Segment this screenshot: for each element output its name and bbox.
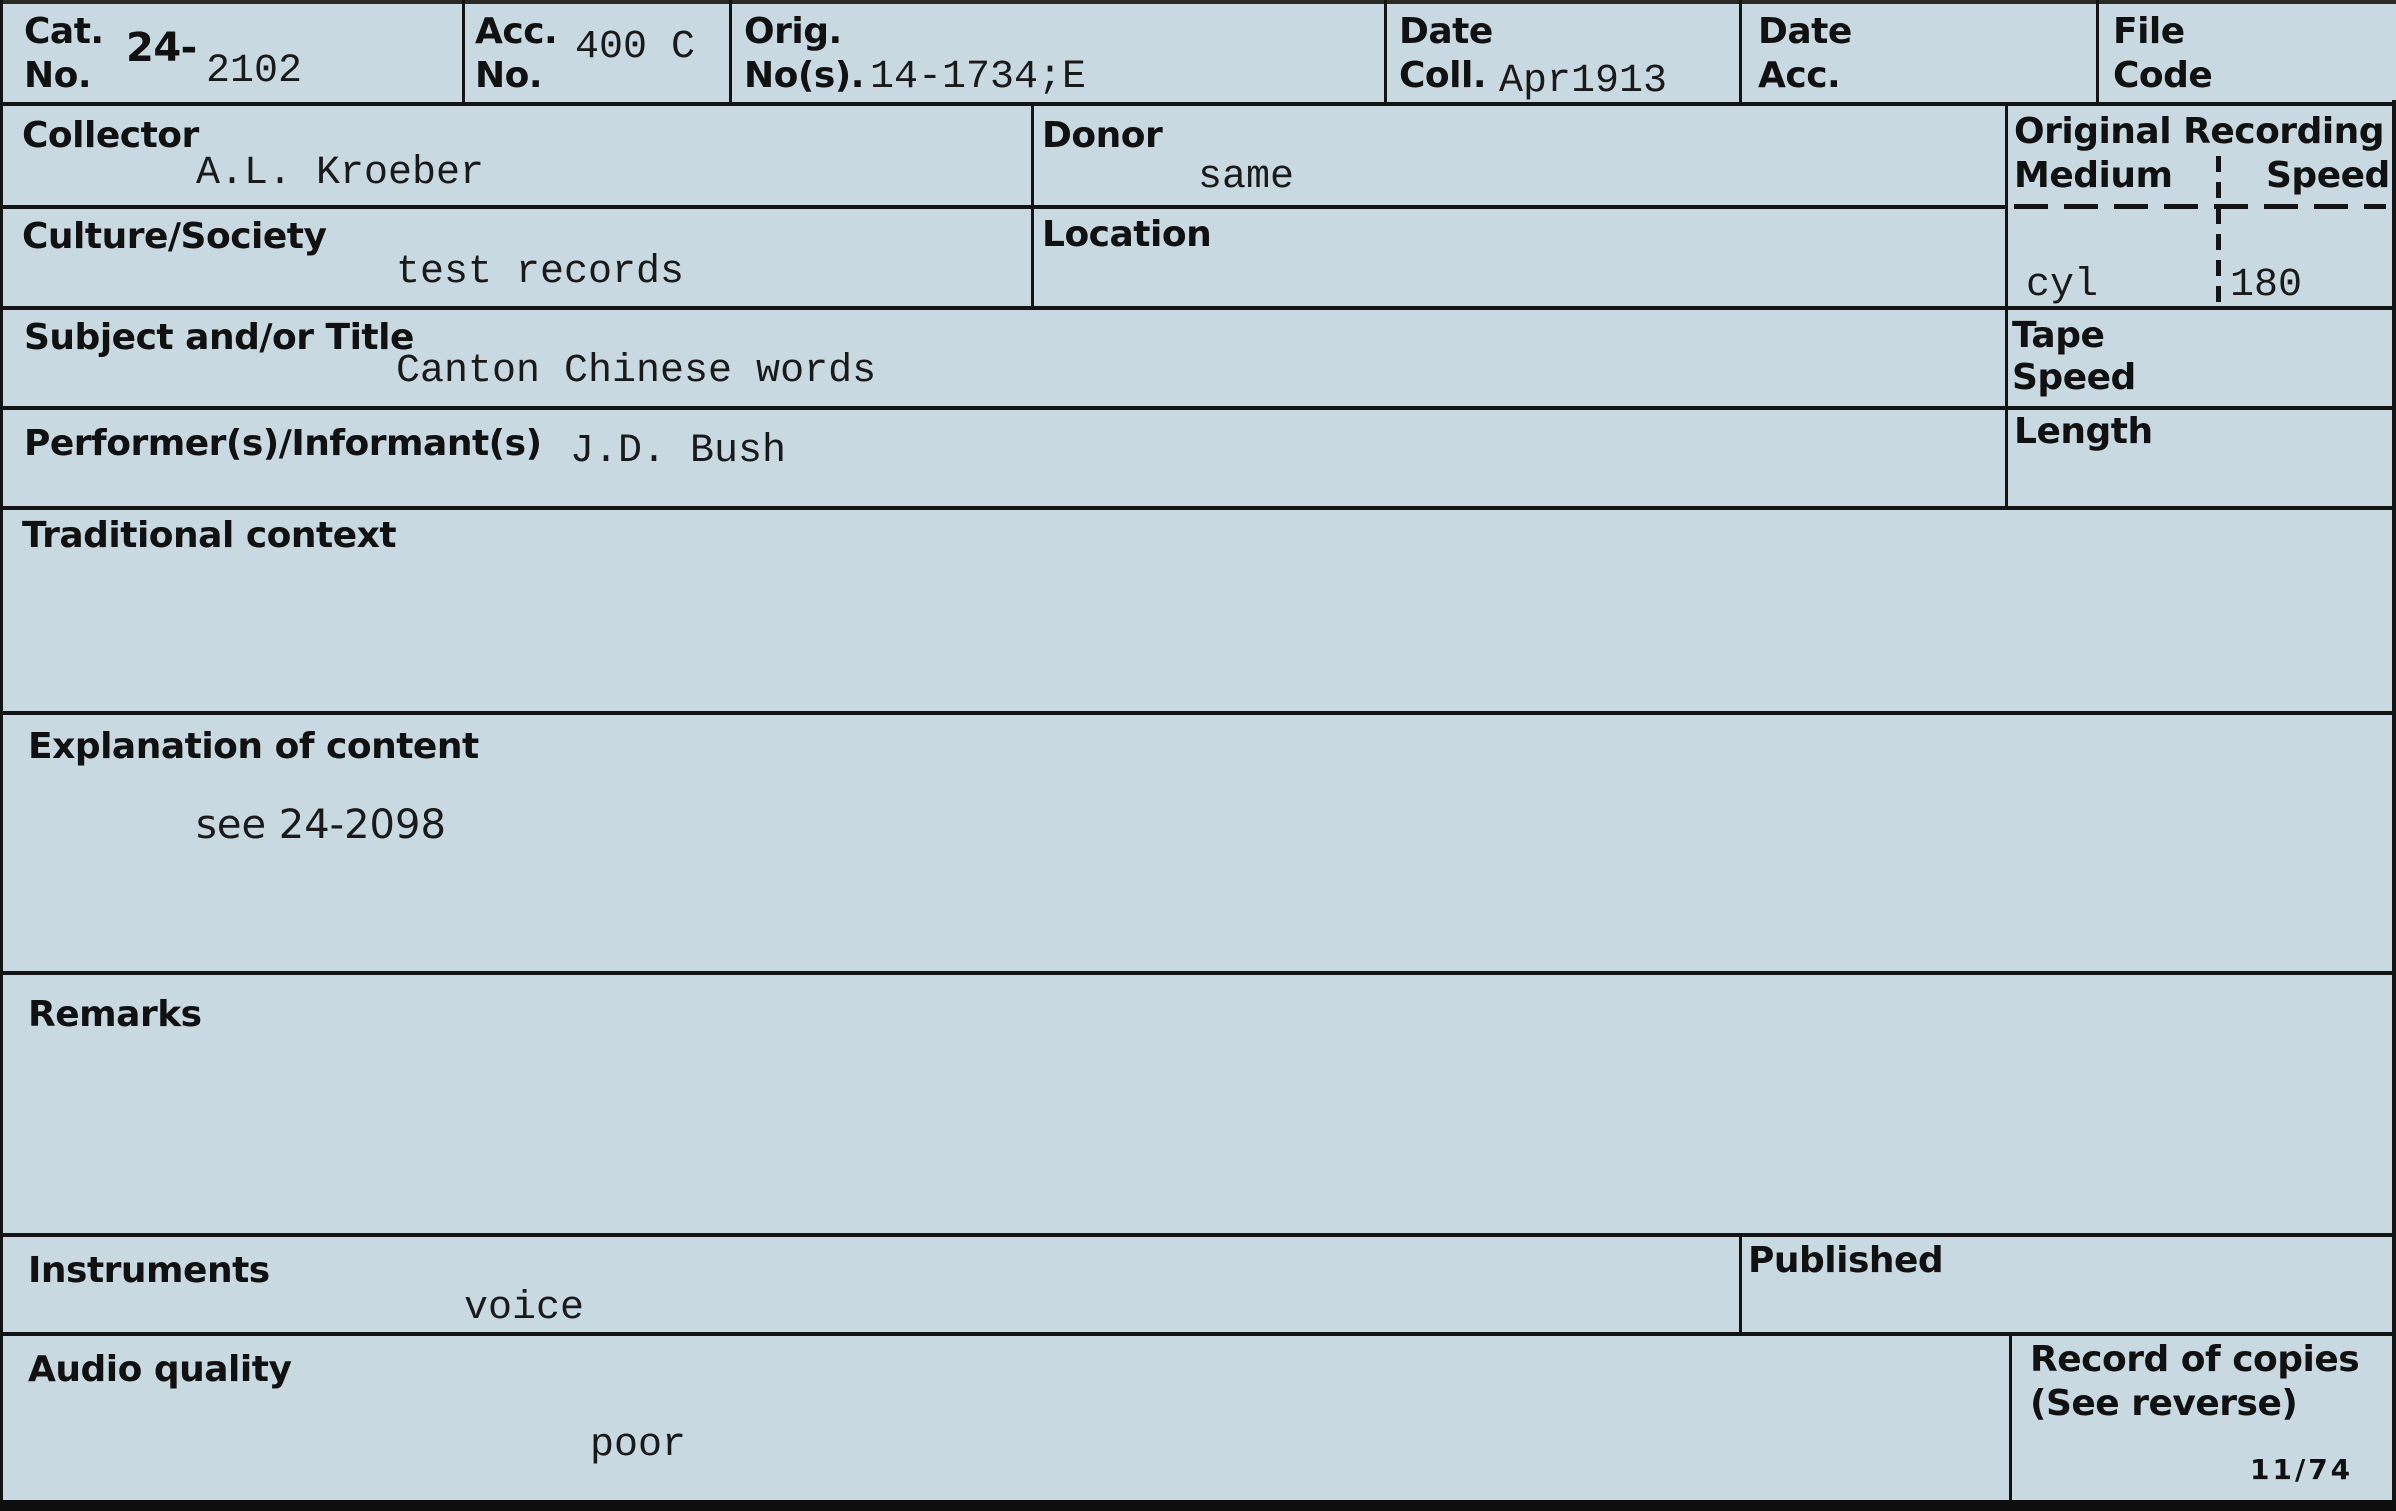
date-coll-label-line1: Date <box>1399 10 1493 54</box>
instruments-value: voice <box>464 1287 584 1331</box>
collector-value: A.L. Kroeber <box>196 152 484 196</box>
culture-society-value: test records <box>396 251 684 295</box>
published-label: Published <box>1748 1239 1943 1283</box>
original-recording-block[interactable]: Original Recording Medium Speed cyl 180 <box>2008 106 2396 306</box>
orig-nos-label-line1: Orig. <box>744 10 842 54</box>
field-acc-no[interactable]: Acc. No. 400 C <box>465 0 729 104</box>
field-date-acc[interactable]: Date Acc. <box>1742 0 2096 104</box>
field-location[interactable]: Location <box>1034 209 2005 306</box>
orig-nos-value: 14-1734;E <box>870 56 1086 100</box>
medium-label: Medium <box>2014 154 2173 198</box>
file-code-label-line2: Code <box>2113 54 2212 98</box>
card-bottom-edge <box>0 1500 2396 1511</box>
collector-label: Collector <box>22 114 199 158</box>
explanation-label: Explanation of content <box>28 725 479 769</box>
original-recording-title: Original Recording <box>2014 110 2384 154</box>
audio-quality-value: poor <box>590 1424 686 1468</box>
cat-no-label-line2: No. <box>24 54 91 98</box>
length-label: Length <box>2014 410 2153 454</box>
traditional-context-label: Traditional context <box>22 514 396 558</box>
speed-label: Speed <box>2266 154 2390 198</box>
remarks-label: Remarks <box>28 993 202 1037</box>
tape-speed-label-line2: Speed <box>2012 356 2136 400</box>
recording-dashed-divider <box>2216 156 2221 304</box>
field-cat-no[interactable]: Cat. No. 24- 2102 <box>0 0 462 104</box>
performers-label: Performer(s)/Informant(s) <box>24 422 542 466</box>
field-orig-nos[interactable]: Orig. No(s). 14-1734;E <box>732 0 1384 104</box>
medium-value: cyl <box>2026 264 2098 308</box>
catalog-card: Cat. No. 24- 2102 Acc. No. 400 C Orig. N… <box>0 0 2396 1511</box>
performers-value: J.D. Bush <box>570 430 786 474</box>
record-of-copies-label-line1: Record of copies <box>2030 1338 2359 1382</box>
culture-society-label: Culture/Society <box>22 215 326 259</box>
record-of-copies-label-line2: (See reverse) <box>2030 1382 2297 1426</box>
cat-no-label-line1: Cat. <box>24 10 104 54</box>
field-culture-society[interactable]: Culture/Society test records <box>0 209 1031 306</box>
donor-label: Donor <box>1042 114 1162 158</box>
donor-value: same <box>1198 156 1294 200</box>
field-collector[interactable]: Collector A.L. Kroeber <box>0 106 1031 205</box>
date-acc-label-line2: Acc. <box>1758 54 1840 98</box>
file-code-label-line1: File <box>2113 10 2185 54</box>
field-file-code[interactable]: File Code <box>2099 0 2396 104</box>
acc-no-value: 400 C <box>575 26 695 70</box>
form-date: 11/74 <box>2250 1448 2353 1492</box>
location-label: Location <box>1042 213 1211 257</box>
field-date-coll[interactable]: Date Coll. Apr1913 <box>1387 0 1739 104</box>
explanation-value: see 24-2098 <box>196 803 446 847</box>
cat-no-value: 2102 <box>206 50 302 94</box>
field-performers[interactable]: Performer(s)/Informant(s) J.D. Bush <box>0 410 2005 506</box>
field-remarks[interactable]: Remarks <box>0 975 2396 1233</box>
field-tape-speed[interactable]: Tape Speed <box>2008 310 2396 406</box>
field-explanation[interactable]: Explanation of content see 24-2098 <box>0 715 2396 971</box>
field-traditional-context[interactable]: Traditional context <box>0 510 2396 711</box>
subject-title-value: Canton Chinese words <box>396 350 876 394</box>
audio-quality-label: Audio quality <box>28 1348 291 1392</box>
instruments-label: Instruments <box>28 1249 270 1293</box>
tape-speed-label-line1: Tape <box>2012 314 2104 358</box>
date-coll-value: Apr1913 <box>1499 60 1667 104</box>
field-subject-title[interactable]: Subject and/or Title Canton Chinese word… <box>0 310 2005 406</box>
date-coll-label-line2: Coll. <box>1399 54 1486 98</box>
speed-value: 180 <box>2230 264 2302 308</box>
field-instruments[interactable]: Instruments voice <box>0 1237 1739 1332</box>
field-length[interactable]: Length <box>2008 410 2396 506</box>
field-audio-quality[interactable]: Audio quality poor <box>0 1336 2009 1500</box>
field-record-of-copies[interactable]: Record of copies (See reverse) 11/74 <box>2012 1336 2396 1500</box>
acc-no-label-line2: No. <box>475 54 542 98</box>
field-published[interactable]: Published <box>1742 1237 2396 1332</box>
recording-dashed-rule <box>2014 204 2386 209</box>
orig-nos-label-line2: No(s). <box>744 54 864 98</box>
date-acc-label-line1: Date <box>1758 10 1852 54</box>
acc-no-label-line1: Acc. <box>475 10 557 54</box>
subject-title-label: Subject and/or Title <box>24 316 414 360</box>
cat-no-prefix: 24- <box>126 26 197 70</box>
field-donor[interactable]: Donor same <box>1034 106 2005 205</box>
